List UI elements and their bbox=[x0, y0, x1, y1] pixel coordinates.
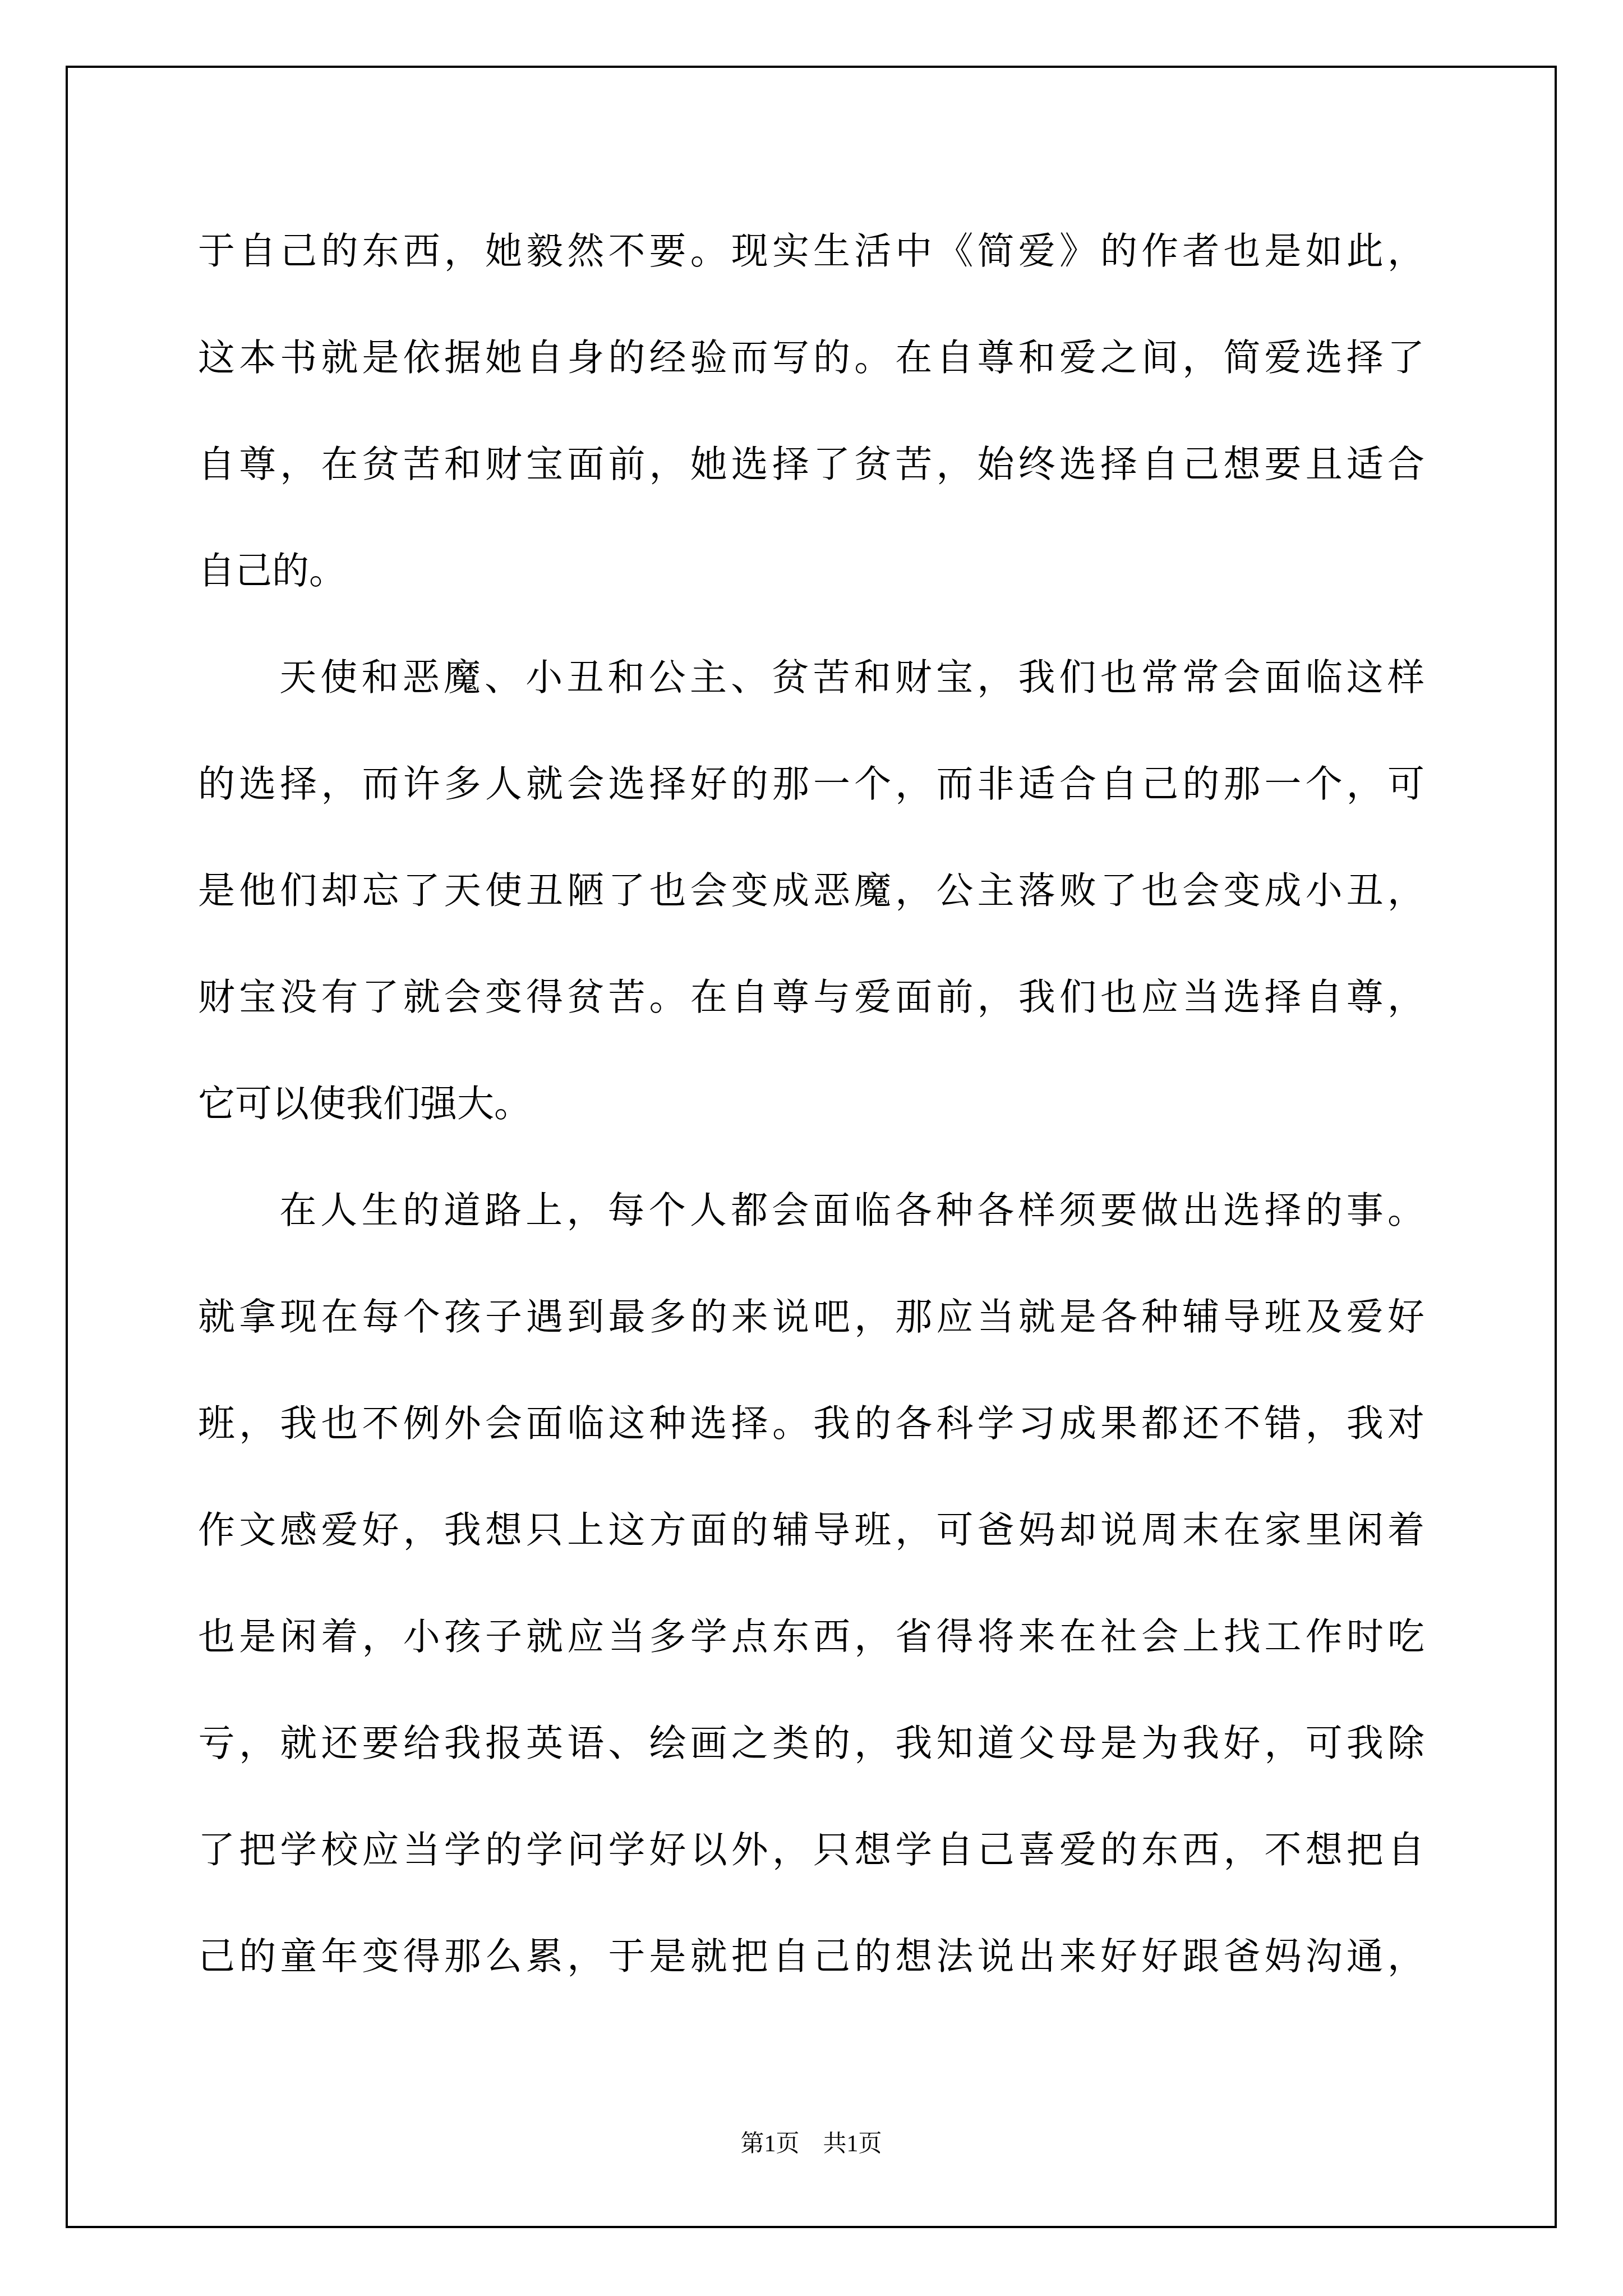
text-line: 的选择，而许多人就会选择好的那一个，而非适合自己的那一个，可 bbox=[198, 731, 1424, 838]
text-line: 就拿现在每个孩子遇到最多的来说吧，那应当就是各种辅导班及爱好 bbox=[198, 1264, 1424, 1371]
text-line: 天使和恶魔、小丑和公主、贫苦和财宝，我们也常常会面临这样 bbox=[198, 625, 1424, 731]
text-line: 财宝没有了就会变得贫苦。在自尊与爱面前，我们也应当选择自尊， bbox=[198, 945, 1424, 1051]
text-line: 是他们却忘了天使丑陋了也会变成恶魔，公主落败了也会变成小丑， bbox=[198, 838, 1424, 945]
text-line: 作文感爱好，我想只上这方面的辅导班，可爸妈却说周末在家里闲着 bbox=[198, 1478, 1424, 1584]
text-line: 自尊，在贫苦和财宝面前，她选择了贫苦，始终选择自己想要且适合 bbox=[198, 412, 1424, 518]
document-body-text: 于自己的东西，她毅然不要。现实生活中《简爱》的作者也是如此， 这本书就是依据她自… bbox=[198, 199, 1424, 2010]
text-line: 于自己的东西，她毅然不要。现实生活中《简爱》的作者也是如此， bbox=[198, 199, 1424, 305]
text-line: 亏，就还要给我报英语、绘画之类的，我知道父母是为我好，可我除 bbox=[198, 1691, 1424, 1797]
text-line: 这本书就是依据她自身的经验而写的。在自尊和爱之间，简爱选择了 bbox=[198, 305, 1424, 412]
text-line: 己的童年变得那么累，于是就把自己的想法说出来好好跟爸妈沟通， bbox=[198, 1904, 1424, 2010]
text-line: 班，我也不例外会面临这种选择。我的各科学习成果都还不错，我对 bbox=[198, 1371, 1424, 1478]
page-number-footer: 第1页 共1页 bbox=[198, 2126, 1424, 2162]
text-line: 自己的。 bbox=[198, 518, 1424, 625]
text-line: 它可以使我们强大。 bbox=[198, 1051, 1424, 1158]
text-line: 在人生的道路上，每个人都会面临各种各样须要做出选择的事。 bbox=[198, 1158, 1424, 1264]
document-page: 于自己的东西，她毅然不要。现实生活中《简爱》的作者也是如此， 这本书就是依据她自… bbox=[0, 0, 1623, 2296]
text-line: 也是闲着，小孩子就应当多学点东西，省得将来在社会上找工作时吃 bbox=[198, 1584, 1424, 1691]
text-line: 了把学校应当学的学问学好以外，只想学自己喜爱的东西，不想把自 bbox=[198, 1797, 1424, 1904]
